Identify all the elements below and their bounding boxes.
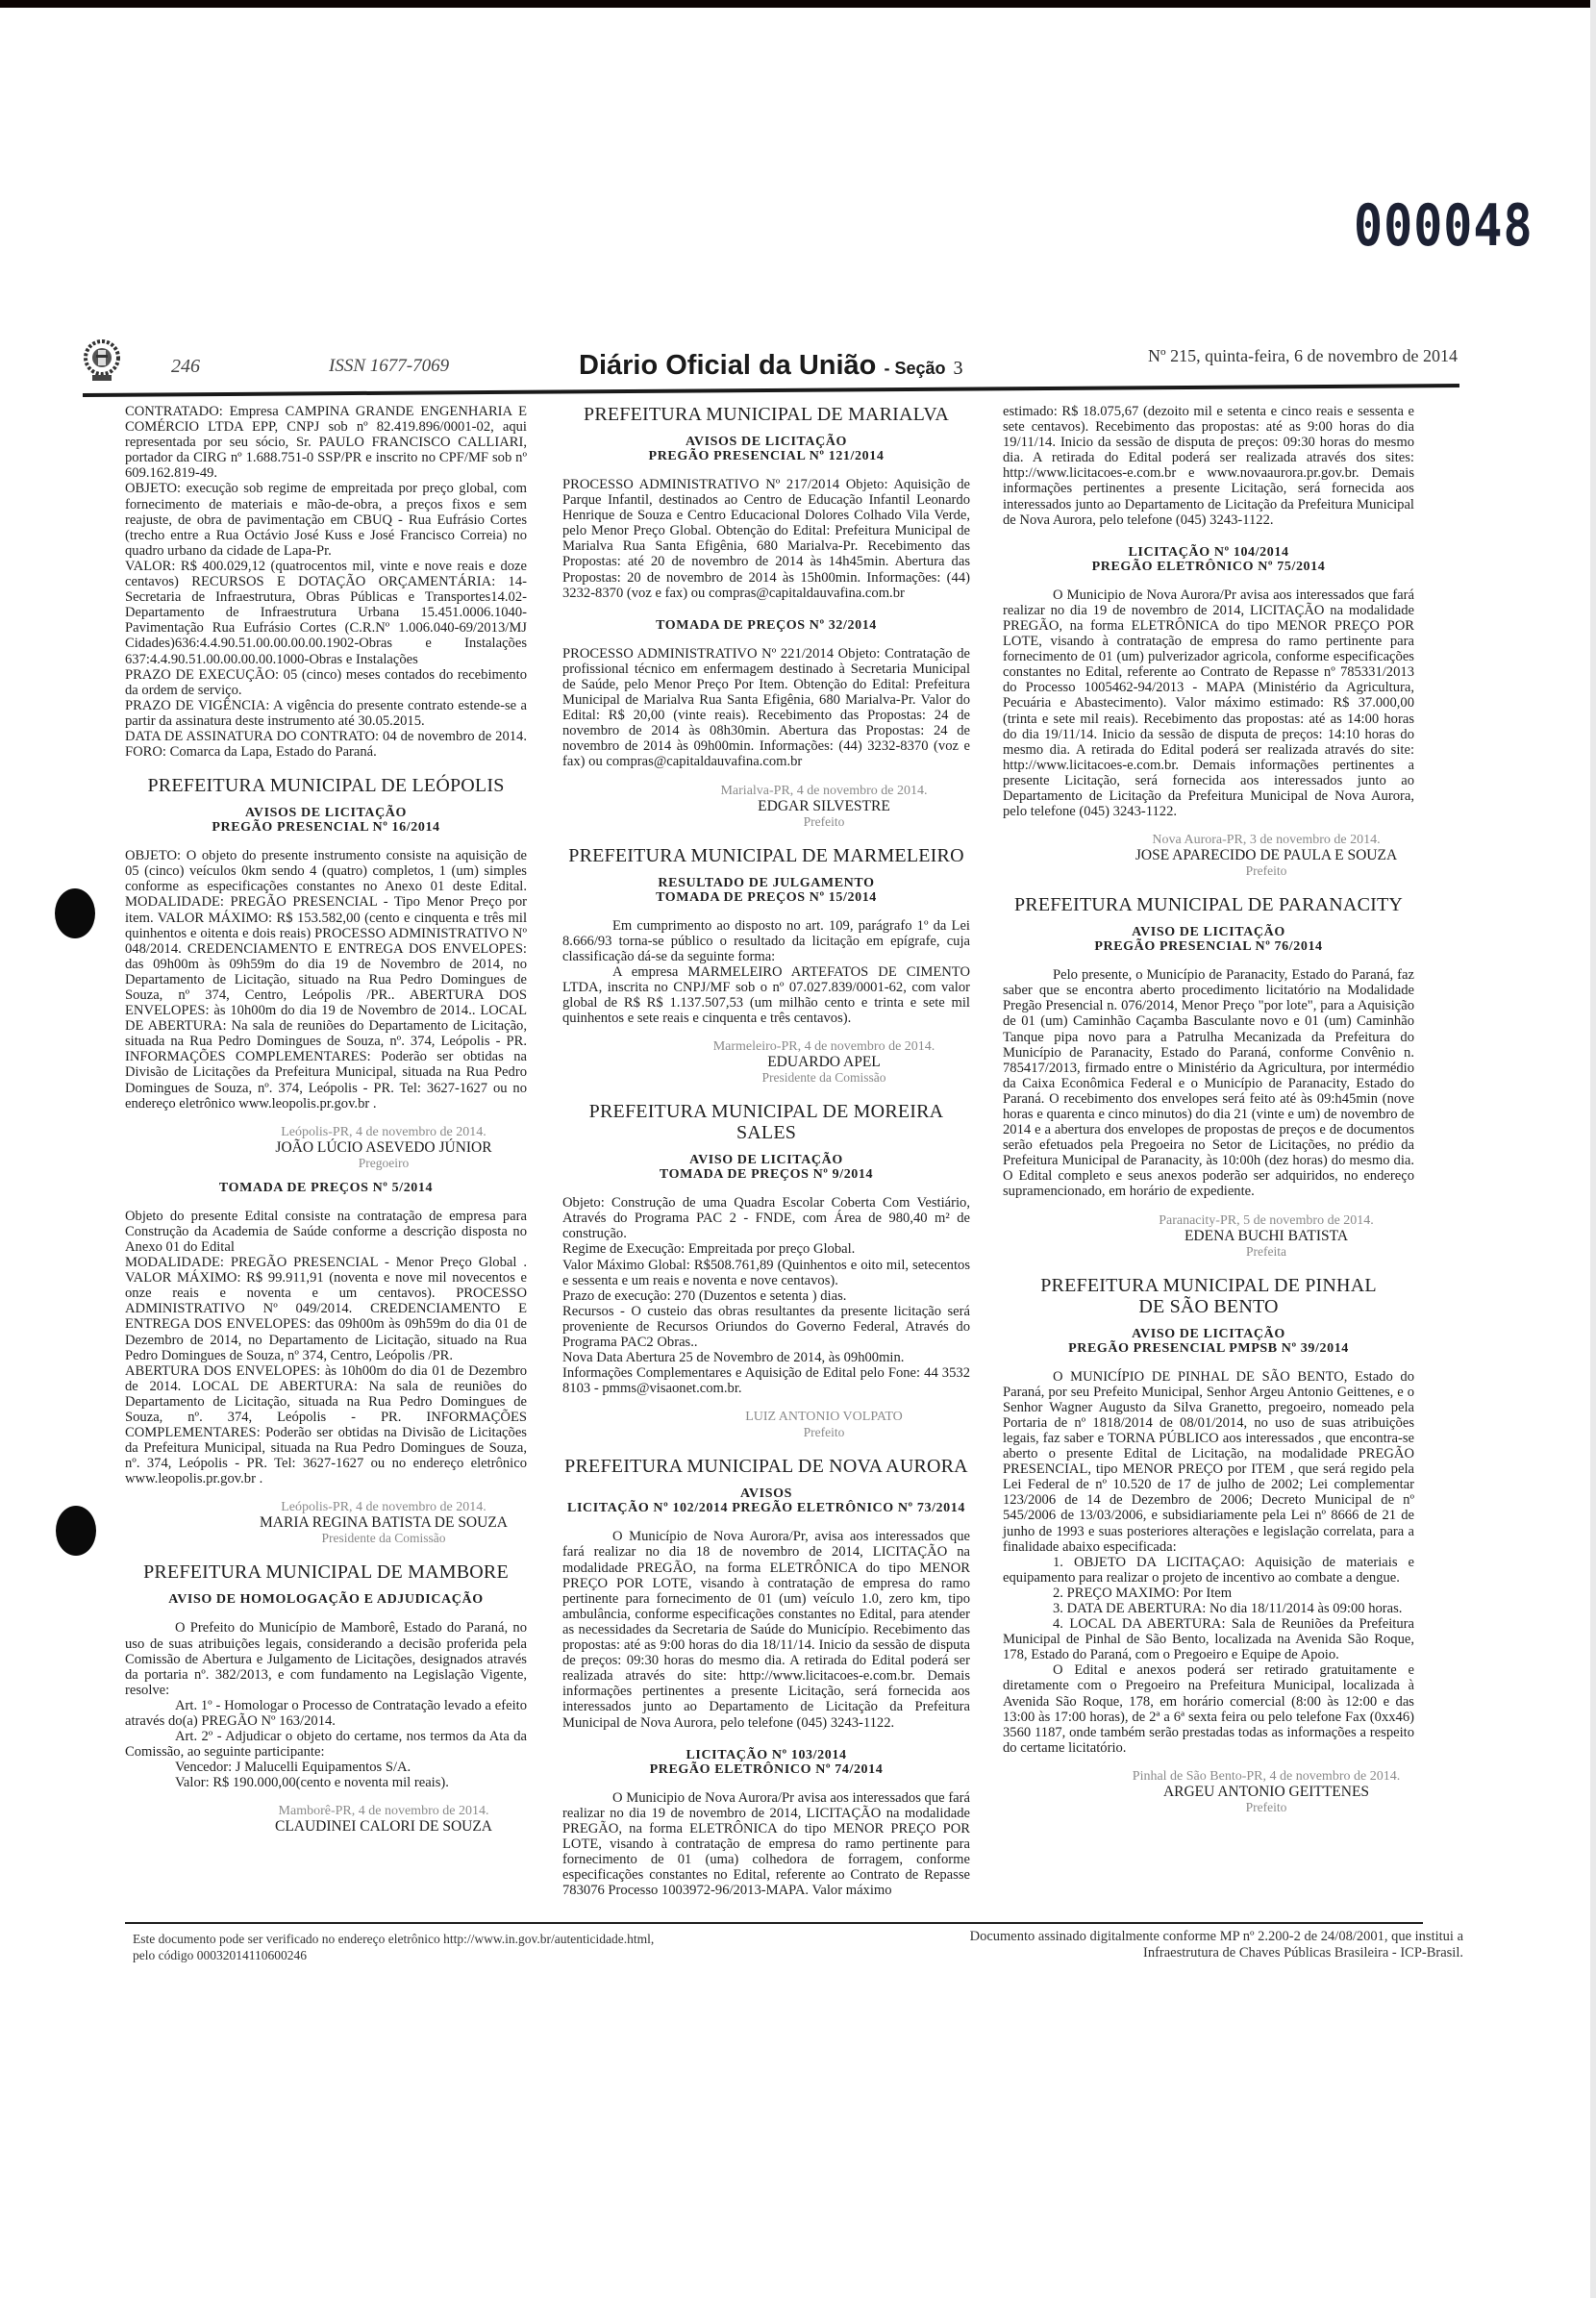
org-heading-marialva: PREFEITURA MUNICIPAL DE MARIALVA <box>562 404 970 425</box>
notice-body: Pelo presente, o Município de Paranacity… <box>1003 967 1414 1199</box>
notice-item: 2. PREÇO MAXIMO: Por Item <box>1003 1586 1414 1601</box>
column-right: estimado: R$ 18.075,67 (dezoito mil e se… <box>1003 404 1414 1825</box>
section-number: 3 <box>954 358 963 379</box>
signature-name: EDGAR SILVESTRE <box>678 799 970 814</box>
signature-name: EDUARDO APEL <box>678 1055 970 1070</box>
notice-title-line: AVISOS DE LICITAÇÃO <box>125 806 527 820</box>
notice-winner: Vencedor: J Malucelli Equipamentos S/A. <box>125 1760 527 1775</box>
org-heading-line: PREFEITURA MUNICIPAL DE PINHAL <box>1003 1275 1414 1296</box>
org-heading-leopolis: PREFEITURA MUNICIPAL DE LEÓPOLIS <box>125 775 527 796</box>
notice-title: AVISO DE LICITAÇÃOPREGÃO PRESENCIAL PMPS… <box>1003 1327 1414 1356</box>
notice-title-line: PREGÃO ELETRÔNICO Nº 74/2014 <box>562 1762 970 1777</box>
notice-body: PROCESSO ADMINISTRATIVO Nº 221/2014 Obje… <box>562 646 970 770</box>
notice-item: 1. OBJETO DA LICITAÇAO: Aquisição de mat… <box>1003 1555 1414 1586</box>
notice-title-line: TOMADA DE PREÇOS Nº 9/2014 <box>562 1167 970 1182</box>
signature-role: Presidente da Comissão <box>678 1070 970 1086</box>
notice-title-line: LICITAÇÃO Nº 103/2014 <box>562 1748 970 1762</box>
signature-place-date: Mamborê-PR, 4 de novembro de 2014. <box>240 1804 527 1819</box>
notice-body: MODALIDADE: PREGÃO PRESENCIAL - Menor Pr… <box>125 1255 527 1363</box>
notice-title-line: PREGÃO PRESENCIAL Nº 16/2014 <box>125 820 527 835</box>
signature-role: Prefeito <box>1118 1800 1414 1815</box>
notice-body: O Prefeito do Município de Mamborê, Esta… <box>125 1620 527 1697</box>
notice-body-continued: estimado: R$ 18.075,67 (dezoito mil e se… <box>1003 404 1414 528</box>
notice-title: TOMADA DE PREÇOS Nº 32/2014 <box>562 618 970 633</box>
signature-role: Prefeito <box>1118 863 1414 879</box>
notice-body: O Município de Nova Aurora/Pr, avisa aos… <box>562 1529 970 1730</box>
notice-body: O Edital e anexos poderá ser retirado gr… <box>1003 1662 1414 1756</box>
notice-body: PROCESSO ADMINISTRATIVO Nº 217/2014 Obje… <box>562 477 970 601</box>
notice-title: AVISO DE LICITAÇÃOPREGÃO PRESENCIAL Nº 7… <box>1003 925 1414 954</box>
notice-line: Prazo de execução: 270 (Duzentos e seten… <box>562 1288 970 1304</box>
signature-name: JOÃO LÚCIO ASEVEDO JÚNIOR <box>240 1140 527 1156</box>
notice-title: AVISO DE HOMOLOGAÇÃO E ADJUDICAÇÃO <box>125 1592 527 1607</box>
footer-verification: Este documento pode ser verificado no en… <box>133 1931 654 1963</box>
notice-title-line: LICITAÇÃO Nº 104/2014 <box>1003 545 1414 560</box>
contract-prazo-vigencia: PRAZO DE VIGÊNCIA: A vigência do present… <box>125 698 527 729</box>
notice-item: 4. LOCAL DA ABERTURA: Sala de Reuniões d… <box>1003 1616 1414 1662</box>
notice-title-line: AVISO DE LICITAÇÃO <box>1003 1327 1414 1341</box>
footer-signature-notice: Documento assinado digitalmente conforme… <box>896 1929 1463 1961</box>
notice-title: RESULTADO DE JULGAMENTOTOMADA DE PREÇOS … <box>562 876 970 905</box>
signature-block: Pinhal de São Bento-PR, 4 de novembro de… <box>1118 1769 1414 1815</box>
section-label: - Seção <box>884 359 945 378</box>
notice-title: AVISOS DE LICITAÇÃOPREGÃO PRESENCIAL Nº … <box>125 806 527 835</box>
notice-line: Nova Data Abertura 25 de Novembro de 201… <box>562 1350 970 1365</box>
notice-title-line: PREGÃO PRESENCIAL Nº 76/2014 <box>1003 939 1414 954</box>
notice-title-line: AVISO DE LICITAÇÃO <box>1003 925 1414 939</box>
notice-line: Objeto: Construção de uma Quadra Escolar… <box>562 1195 970 1241</box>
contract-valor: VALOR: R$ 400.029,12 (quatrocentos mil, … <box>125 559 527 667</box>
org-heading-moreira-sales: PREFEITURA MUNICIPAL DE MOREIRA SALES <box>562 1101 970 1143</box>
signature-name: ARGEU ANTONIO GEITTENES <box>1118 1785 1414 1800</box>
scan-right-edge <box>1590 0 1596 2298</box>
signature-name: MARIA REGINA BATISTA DE SOUZA <box>240 1515 527 1531</box>
signature-place-date: Marmeleiro-PR, 4 de novembro de 2014. <box>678 1039 970 1055</box>
org-heading-nova-aurora: PREFEITURA MUNICIPAL DE NOVA AURORA <box>562 1456 970 1477</box>
notice-title-line: PREGÃO PRESENCIAL Nº 121/2014 <box>562 449 970 463</box>
journal-title-text: Diário Oficial da União <box>579 350 876 381</box>
punch-hole <box>56 1506 96 1556</box>
contract-contratado: CONTRATADO: Empresa CAMPINA GRANDE ENGEN… <box>125 404 527 481</box>
notice-title: AVISOSLICITAÇÃO Nº 102/2014 PREGÃO ELETR… <box>562 1486 970 1515</box>
punch-hole <box>55 888 95 938</box>
signature-block: Leópolis-PR, 4 de novembro de 2014. MARI… <box>240 1500 527 1546</box>
notice-title-line: AVISOS <box>562 1486 970 1501</box>
contract-prazo-execucao: PRAZO DE EXECUÇÃO: 05 (cinco) meses cont… <box>125 667 527 698</box>
notice-title: LICITAÇÃO Nº 103/2014PREGÃO ELETRÔNICO N… <box>562 1748 970 1777</box>
journal-title: Diário Oficial da União - Seção3 <box>579 350 963 382</box>
notice-title-line: AVISO DE LICITAÇÃO <box>562 1153 970 1167</box>
notice-line: Informações Complementares e Aquisição d… <box>562 1365 970 1396</box>
notice-item: 3. DATA DE ABERTURA: No dia 18/11/2014 à… <box>1003 1601 1414 1616</box>
notice-body: O Municipio de Nova Aurora/Pr avisa aos … <box>562 1790 970 1899</box>
org-heading-paranacity: PREFEITURA MUNICIPAL DE PARANACITY <box>1003 894 1414 915</box>
signature-name: LUIZ ANTONIO VOLPATO <box>678 1410 970 1425</box>
page-stamp-number: 000048 <box>1354 192 1534 260</box>
notice-body: A empresa MARMELEIRO ARTEFATOS DE CIMENT… <box>562 964 970 1026</box>
org-heading-marmeleiro: PREFEITURA MUNICIPAL DE MARMELEIRO <box>562 845 970 866</box>
signature-block: Marialva-PR, 4 de novembro de 2014. EDGA… <box>678 784 970 830</box>
notice-line: Recursos - O custeio das obras resultant… <box>562 1304 970 1350</box>
notice-body: Objeto do presente Edital consiste na co… <box>125 1209 527 1255</box>
footer-verification-url: Este documento pode ser verificado no en… <box>133 1931 654 1947</box>
contract-data-assinatura: DATA DE ASSINATURA DO CONTRATO: 04 de no… <box>125 729 527 760</box>
notice-title: LICITAÇÃO Nº 104/2014PREGÃO ELETRÔNICO N… <box>1003 545 1414 574</box>
signature-place-date: Pinhal de São Bento-PR, 4 de novembro de… <box>1118 1769 1414 1785</box>
scan-top-edge <box>0 0 1596 8</box>
signature-name: EDENA BUCHI BATISTA <box>1118 1229 1414 1244</box>
signature-role: Prefeita <box>1118 1244 1414 1260</box>
signature-block: Leópolis-PR, 4 de novembro de 2014. JOÃO… <box>240 1125 527 1171</box>
org-heading-pinhal-sao-bento: PREFEITURA MUNICIPAL DE PINHALDE SÃO BEN… <box>1003 1275 1414 1317</box>
notice-title: AVISO DE LICITAÇÃOTOMADA DE PREÇOS Nº 9/… <box>562 1153 970 1182</box>
notice-article: Art. 1º - Homologar o Processo de Contra… <box>125 1698 527 1729</box>
page-number: 246 <box>171 356 200 378</box>
signature-name: JOSE APARECIDO DE PAULA E SOUZA <box>1118 848 1414 863</box>
notice-body: Em cumprimento ao disposto no art. 109, … <box>562 918 970 964</box>
signature-place-date: Marialva-PR, 4 de novembro de 2014. <box>678 784 970 799</box>
signature-block: Paranacity-PR, 5 de novembro de 2014. ED… <box>1118 1213 1414 1260</box>
notice-title-line: AVISOS DE LICITAÇÃO <box>562 435 970 449</box>
column-middle: PREFEITURA MUNICIPAL DE MARIALVA AVISOS … <box>562 404 970 1898</box>
signature-place-date: Paranacity-PR, 5 de novembro de 2014. <box>1118 1213 1414 1229</box>
notice-title-line: PREGÃO ELETRÔNICO Nº 75/2014 <box>1003 560 1414 574</box>
signature-name: CLAUDINEI CALORI DE SOUZA <box>240 1819 527 1835</box>
notice-body: ABERTURA DOS ENVELOPES: às 10h00m do dia… <box>125 1363 527 1487</box>
notice-line: Regime de Execução: Empreitada por preço… <box>562 1241 970 1257</box>
signature-block: LUIZ ANTONIO VOLPATO Prefeito <box>678 1410 970 1440</box>
issue-date: Nº 215, quinta-feira, 6 de novembro de 2… <box>1148 346 1458 366</box>
signature-role: Prefeito <box>678 1425 970 1440</box>
notice-title-line: RESULTADO DE JULGAMENTO <box>562 876 970 890</box>
notice-title-line: TOMADA DE PREÇOS Nº 15/2014 <box>562 890 970 905</box>
notice-title-line: PREGÃO PRESENCIAL PMPSB Nº 39/2014 <box>1003 1341 1414 1356</box>
brasao-republica-icon <box>83 338 121 385</box>
notice-title: TOMADA DE PREÇOS Nº 5/2014 <box>125 1181 527 1195</box>
footer-signature-line: Infraestrutura de Chaves Públicas Brasil… <box>896 1945 1463 1961</box>
footer-signature-line: Documento assinado digitalmente conforme… <box>896 1929 1463 1945</box>
notice-body: O Municipio de Nova Aurora/Pr avisa aos … <box>1003 587 1414 819</box>
issn: ISSN 1677-7069 <box>329 356 449 377</box>
notice-article: Art. 2º - Adjudicar o objeto do certame,… <box>125 1729 527 1760</box>
notice-value: Valor: R$ 190.000,00(cento e noventa mil… <box>125 1775 527 1790</box>
notice-line: Valor Máximo Global: R$508.761,89 (Quinh… <box>562 1258 970 1288</box>
column-left: CONTRATADO: Empresa CAMPINA GRANDE ENGEN… <box>125 404 527 1844</box>
notice-title: AVISOS DE LICITAÇÃOPREGÃO PRESENCIAL Nº … <box>562 435 970 463</box>
notice-body: OBJETO: O objeto do presente instrumento… <box>125 848 527 1112</box>
notice-title-line: LICITAÇÃO Nº 102/2014 PREGÃO ELETRÔNICO … <box>562 1501 970 1515</box>
footer-rule <box>125 1922 1423 1924</box>
signature-role: Pregoeiro <box>240 1156 527 1171</box>
footer-verification-code: pelo código 00032014110600246 <box>133 1947 654 1963</box>
signature-role: Presidente da Comissão <box>240 1531 527 1546</box>
org-heading-line: DE SÃO BENTO <box>1003 1296 1414 1317</box>
notice-body: O MUNICÍPIO DE PINHAL DE SÃO BENTO, Esta… <box>1003 1369 1414 1555</box>
signature-block: Nova Aurora-PR, 3 de novembro de 2014. J… <box>1118 833 1414 879</box>
signature-place-date: Leópolis-PR, 4 de novembro de 2014. <box>240 1500 527 1515</box>
signature-place-date: Nova Aurora-PR, 3 de novembro de 2014. <box>1118 833 1414 848</box>
contract-objeto: OBJETO: execução sob regime de empreitad… <box>125 481 527 558</box>
signature-block: Marmeleiro-PR, 4 de novembro de 2014. ED… <box>678 1039 970 1086</box>
signature-role: Prefeito <box>678 814 970 830</box>
signature-place-date: Leópolis-PR, 4 de novembro de 2014. <box>240 1125 527 1140</box>
org-heading-mambore: PREFEITURA MUNICIPAL DE MAMBORE <box>125 1561 527 1583</box>
signature-block: Mamborê-PR, 4 de novembro de 2014. CLAUD… <box>240 1804 527 1835</box>
